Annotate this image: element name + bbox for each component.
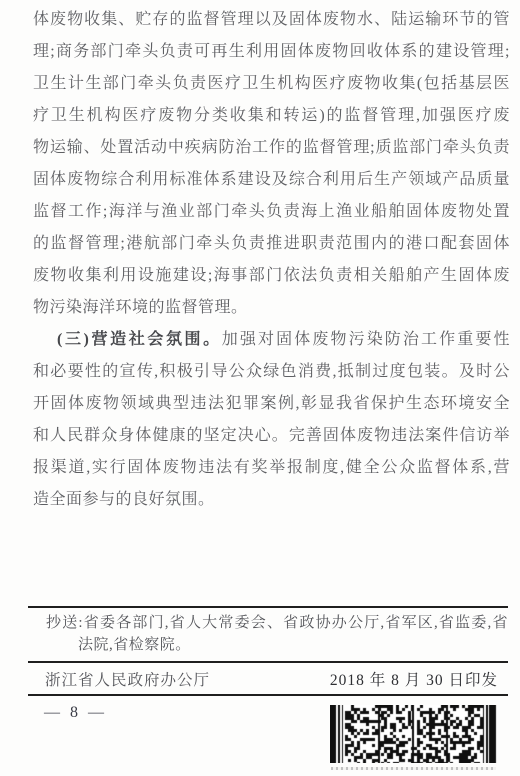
body-line: 开固体废物领域典型违法犯罪案例,彰显我省保护生态环境安全 [33,388,510,420]
document-page: 体废物收集、贮存的监督管理以及固体废物水、陆运输环节的管 理;商务部门牵头负责可… [0,0,520,776]
separator-line [28,606,508,608]
document-body: 体废物收集、贮存的监督管理以及固体废物水、陆运输环节的管 理;商务部门牵头负责可… [33,4,510,516]
cc-block: 抄送:省委各部门,省人大常委会、省政协办公厅,省军区,省监委,省 法院,省检察院… [46,612,508,656]
body-line: 固体废物综合利用标准体系建设及综合利用后生产领域产品质量 [33,164,510,196]
issuer-name: 浙江省人民政府办公厅 [45,668,210,690]
body-line: 造全面参与的良好氛围。 [33,484,510,516]
barcode-shadow [331,767,496,770]
body-line: 和必要性的宣传,积极引导公众绿色消费,抵制过度包装。及时公 [33,356,510,388]
body-line-text: 加强对固体废物污染防治工作重要性 [222,331,510,348]
body-line: 报渠道,实行固体废物违法有奖举报制度,健全公众监督体系,营 [33,452,510,484]
body-line: 理;商务部门牵头负责可再生利用固体废物回收体系的建设管理; [33,36,510,68]
printer-row: 浙江省人民政府办公厅 2018 年 8 月 30 日印发 [28,666,508,692]
cc-line: 法院,省检察院。 [78,634,508,656]
body-line: 和人民群众身体健康的坚定决心。完善固体废物违法案件信访举 [33,420,510,452]
page-number: — 8 — [44,704,107,722]
body-line: 监督工作;海洋与渔业部门牵头负责海上渔业船舶固体废物处置 [33,196,510,228]
cc-line: 抄送:省委各部门,省人大常委会、省政协办公厅,省军区,省监委,省 [46,612,508,634]
body-line: 物运输、处置活动中疾病防治工作的监督管理;质监部门牵头负责 [33,132,510,164]
body-line: 物污染海洋环境的监督管理。 [33,292,510,324]
body-line: 的监督管理;港航部门牵头负责推进职责范围内的港口配套固体 [33,228,510,260]
pdf417-barcode-icon [330,705,497,763]
body-line: (三)营造社会氛围。加强对固体废物污染防治工作重要性 [33,324,510,356]
separator-line [28,694,508,696]
section-heading: (三)营造社会氛围。 [57,331,222,348]
print-date: 2018 年 8 月 30 日印发 [330,668,498,690]
separator-line [28,661,508,663]
body-line: 废物收集利用设施建设;海事部门依法负责相关船舶产生固体废 [33,260,510,292]
body-line: 卫生计生部门牵头负责医疗卫生机构医疗废物收集(包括基层医 [33,68,510,100]
body-line: 疗卫生机构医疗废物分类收集和转运)的监督管理,加强医疗废 [33,100,510,132]
body-line: 体废物收集、贮存的监督管理以及固体废物水、陆运输环节的管 [33,4,510,36]
